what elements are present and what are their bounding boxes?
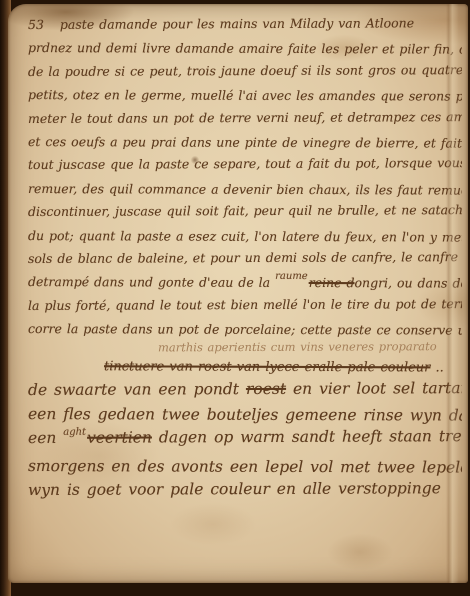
text-segment: en vier loot sel tartari du daar op in <box>286 379 462 398</box>
manuscript-line: sols de blanc de baleine, et pour un dem… <box>28 245 462 270</box>
manuscript-line-dutch: de swaarte van een pondt roest en vier l… <box>28 377 462 403</box>
text-segment: wyn is goet voor pale couleur en alle ve… <box>28 480 441 500</box>
sup-text: raume <box>275 271 308 282</box>
text-segment: .. <box>430 361 443 376</box>
text-segment: et ces oeufs a peu prai dans une pinte d… <box>28 134 462 151</box>
text-segment: de swaarte van een pondt <box>28 381 246 400</box>
manuscript-line: 53paste damande pour les mains van Milad… <box>28 13 462 36</box>
text-segment: detrampé dans und gonte d'eau de la <box>28 274 275 290</box>
photo-background: 53paste damande pour les mains van Milad… <box>0 0 470 596</box>
manuscript-line: la plus forté, quand le tout est bien me… <box>28 292 462 317</box>
text-segment: smorgens en des avonts een lepel vol met… <box>28 457 462 477</box>
manuscript-page: 53paste damande pour les mains van Milad… <box>8 4 468 583</box>
manuscript-line-faint-latin: marthis aperientis cum vins veneres prop… <box>28 339 462 357</box>
text-segment: discontinuer, juscase quil soit fait, pe… <box>28 202 462 219</box>
manuscript-line: de la poudre si ce peut, trois jaune doe… <box>28 58 462 83</box>
manuscript-line-dutch: wyn is goet voor pale couleur en alle ve… <box>28 477 462 503</box>
text-segment: la plus forté, quand le tout est bien me… <box>28 296 462 313</box>
pagenum-text: 53 <box>28 17 44 32</box>
struck-text: veertien <box>87 429 152 447</box>
text-segment: een fles gedaen twee bouteljes gemeene r… <box>28 405 462 425</box>
text-segment: ongri, ou dans de l'eau de vie, de <box>354 275 462 291</box>
text-segment: du pot; quant la paste a esez cuit, l'on… <box>28 228 462 245</box>
text-segment: marthis aperientis cum vins veneres prop… <box>158 340 437 355</box>
struck-text: reine d <box>309 275 355 290</box>
page-stack-edges <box>9 583 468 594</box>
text-segment: de la poudre si ce peut, trois jaune doe… <box>28 62 462 79</box>
text-segment: corre la paste dans un pot de porcelaine… <box>28 321 462 338</box>
struck-text: tinctuere van roest van lyece eralle pal… <box>104 360 430 376</box>
manuscript-text: 53paste damande pour les mains van Milad… <box>28 13 462 579</box>
manuscript-line-dutch: een aghtveertien dagen op warm sandt hee… <box>28 425 462 451</box>
manuscript-line: discontinuer, juscase quil soit fait, pe… <box>28 198 462 223</box>
text-segment: petits, otez en le germe, muellé l'ai av… <box>28 87 462 104</box>
struck-text: roest <box>246 380 286 398</box>
text-segment: tout juscase que la paste ce separe, tou… <box>28 155 462 172</box>
manuscript-line: petits, otez en le germe, muellé l'ai av… <box>28 83 462 108</box>
text-segment: prdnez und demi livre damande amaire fai… <box>28 40 462 57</box>
manuscript-line: tout juscase que la paste ce separe, tou… <box>28 151 462 176</box>
sup-text: aght <box>63 427 86 438</box>
text-segment: een <box>28 429 63 447</box>
manuscript-line: meter le tout dans un pot de terre verni… <box>28 105 462 130</box>
text-segment: sols de blanc de baleine, et pour un dem… <box>28 249 462 266</box>
text-segment: paste damande pour les mains van Milady … <box>60 15 414 32</box>
text-segment: remuer, des quil commance a devenir bien… <box>28 181 462 198</box>
text-segment: dagen op warm sandt heeft staan trekken … <box>152 427 462 447</box>
text-segment: meter le tout dans un pot de terre verni… <box>28 108 462 125</box>
